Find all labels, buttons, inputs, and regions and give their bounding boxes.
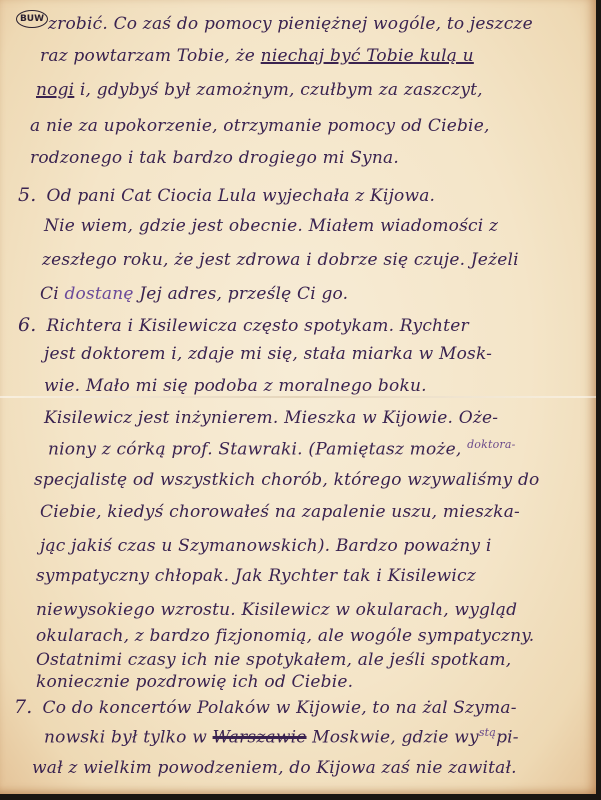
text-segment: Od pani Cat Ciocia Lula wyjechała z Kijo… (47, 186, 436, 206)
paragraph-number: 5. (18, 184, 37, 206)
letter-page: BUW zrobić. Co zaś do pomocy pieniężnej … (0, 0, 596, 794)
text-line: a nie za upokorzenie, otrzymanie pomocy … (30, 116, 490, 136)
text-line: sympatyczny chłopak. Jak Rychter tak i K… (36, 566, 476, 586)
text-segment: niony z córką prof. Stawraki. (Pamiętasz… (48, 440, 467, 460)
text-line: Ostatnimi czasy ich nie spotykałem, ale … (36, 650, 511, 670)
text-segment: Moskwie, gdzie wy (307, 728, 479, 748)
text-segment: Co do koncertów Polaków w Kijowie, to na… (43, 698, 517, 718)
paper-fold-crease (0, 396, 596, 398)
text-line: zeszłego roku, że jest zdrowa i dobrze s… (42, 250, 519, 270)
paragraph-number: 6. (18, 314, 37, 336)
text-segment: nowski był tylko w (44, 728, 213, 748)
inserted-word: stą (479, 726, 496, 739)
text-line: niewysokiego wzrostu. Kisilewicz w okula… (36, 600, 517, 620)
text-line: nogi i, gdybyś był zamożnym, czułbym za … (36, 80, 483, 100)
text-line: rodzonego i tak bardzo drogiego mi Syna. (30, 148, 399, 168)
text-segment: pi- (496, 728, 519, 748)
text-line: okularach, z bardzo fizjonomią, ale wogó… (36, 626, 534, 646)
text-line: Ci dostanę Jej adres, prześlę Ci go. (40, 284, 348, 304)
underlined-text: nogi (36, 80, 74, 100)
paragraph-number: 7. (14, 696, 33, 718)
inserted-word: dostanę (64, 284, 133, 304)
text-line: Kisilewicz jest inżynierem. Mieszka w Ki… (44, 408, 498, 428)
underlined-text: niechaj być Tobie kulą u (261, 46, 474, 66)
numbered-paragraph-5: 5.Od pani Cat Ciocia Lula wyjechała z Ki… (18, 184, 435, 206)
inserted-word: doktora- (467, 438, 516, 451)
text-segment: Ci (40, 284, 64, 304)
text-segment: i, gdybyś był zamożnym, czułbym za zaszc… (74, 80, 482, 100)
struck-through-word: Warszawie (213, 728, 307, 748)
text-line: raz powtarzam Tobie, że niechaj być Tobi… (40, 46, 474, 66)
text-line: niony z córką prof. Stawraki. (Pamiętasz… (48, 438, 516, 460)
text-line: wie. Mało mi się podoba z moralnego boku… (44, 376, 427, 396)
text-line: Ciebie, kiedyś chorowałeś na zapalenie u… (40, 502, 520, 522)
text-line: wał z wielkim powodzeniem, do Kijowa zaś… (32, 758, 517, 778)
numbered-paragraph-6: 6.Richtera i Kisilewicza często spotykam… (18, 314, 469, 336)
text-segment: Jej adres, prześlę Ci go. (134, 284, 349, 304)
text-line: nowski był tylko w Warszawie Moskwie, gd… (44, 726, 519, 748)
library-stamp: BUW (16, 10, 48, 28)
text-line: koniecznie pozdrowię ich od Ciebie. (36, 672, 353, 692)
text-line: jąc jakiś czas u Szymanowskich). Bardzo … (40, 536, 491, 556)
text-line: Nie wiem, gdzie jest obecnie. Miałem wia… (44, 216, 498, 236)
numbered-paragraph-7: 7.Co do koncertów Polaków w Kijowie, to … (14, 696, 517, 718)
text-line: jest doktorem i, zdaje mi się, stała mia… (44, 344, 492, 364)
text-line: zrobić. Co zaś do pomocy pieniężnej wogó… (48, 14, 533, 34)
text-segment: Richtera i Kisilewicza często spotykam. … (47, 316, 469, 336)
text-line: specjalistę od wszystkich chorób, któreg… (34, 470, 540, 490)
text-segment: raz powtarzam Tobie, że (40, 46, 261, 66)
